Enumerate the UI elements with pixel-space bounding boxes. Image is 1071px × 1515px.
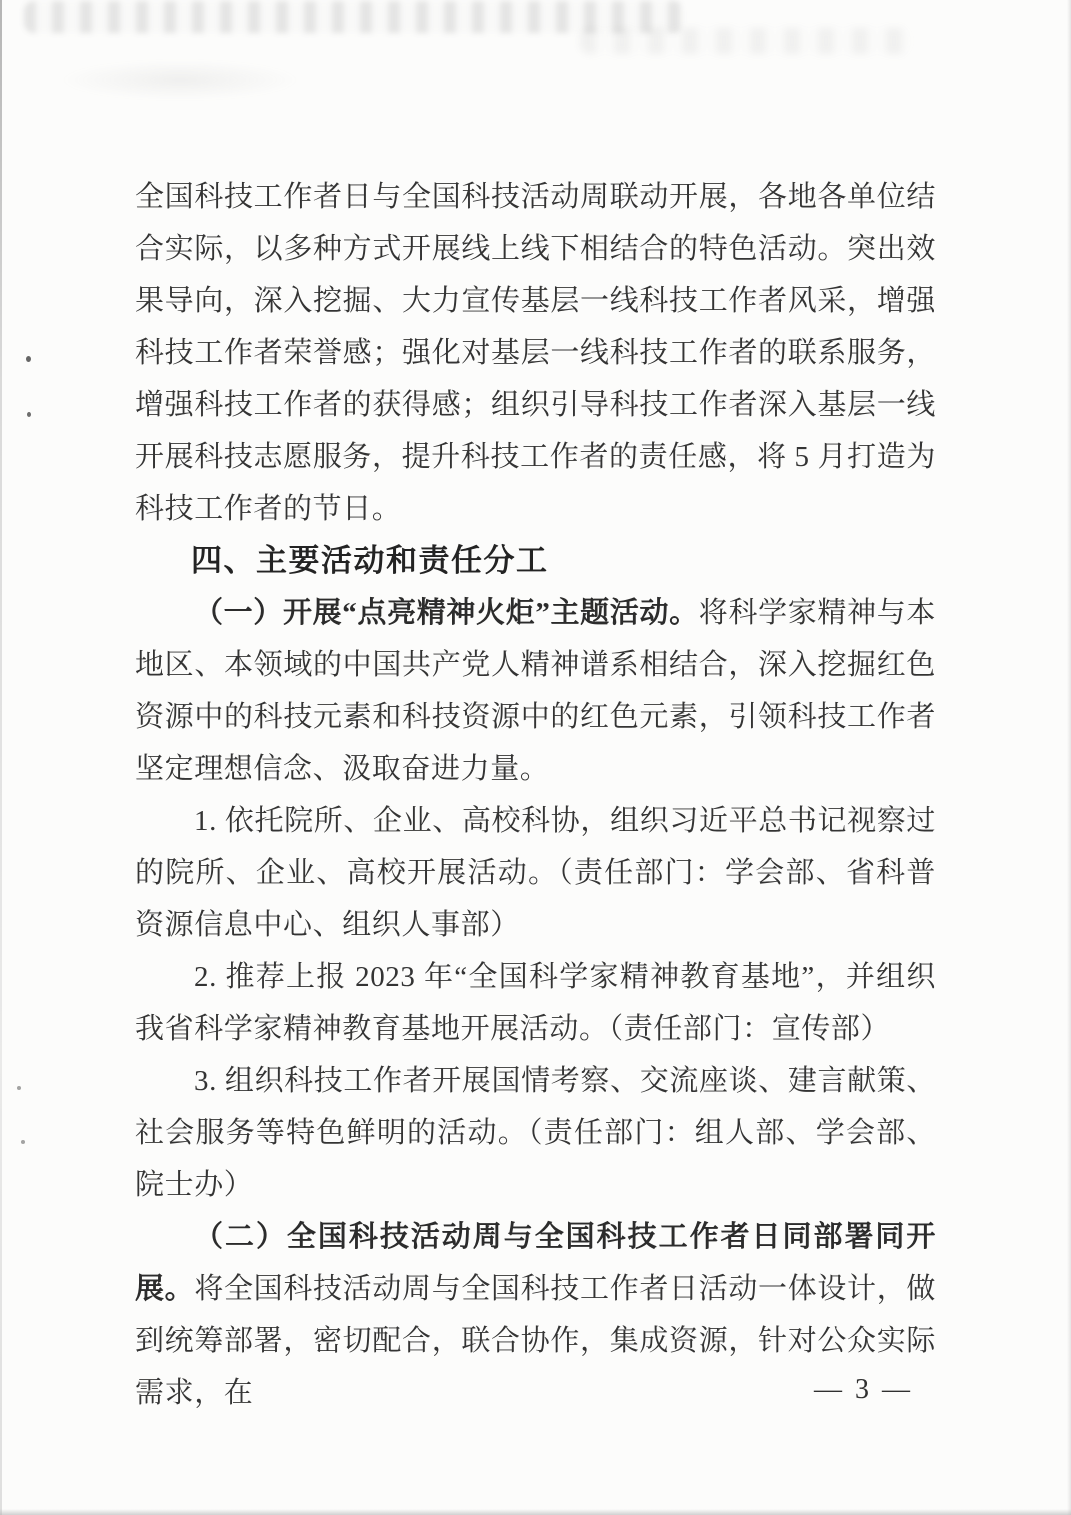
section-heading: 四、主要活动和责任分工 (135, 535, 936, 587)
scan-smudge (580, 28, 910, 54)
scan-speck (21, 1140, 25, 1144)
scan-speck (17, 1086, 21, 1090)
scan-speck (26, 356, 31, 362)
page-bottom-edge (0, 1509, 1071, 1515)
document-page: 全国科技工作者日与全国科技活动周联动开展，各地各单位结合实际，以多种方式开展线上… (0, 0, 1071, 1515)
page-left-edge (0, 0, 2, 1515)
paragraph-item-yi-lead: （一）开展“点亮精神火炬”主题活动。 (194, 597, 699, 629)
scan-speck (27, 412, 31, 417)
page-right-edge (1067, 0, 1071, 1515)
paragraph-continuation: 全国科技工作者日与全国科技活动周联动开展，各地各单位结合实际，以多种方式开展线上… (135, 171, 936, 535)
numbered-item-2: 2. 推荐上报 2023 年“全国科学家精神教育基地”，并组织我省科学家精神教育… (135, 951, 936, 1055)
scan-smudge (60, 60, 300, 100)
page-number: — 3 — (814, 1374, 913, 1406)
numbered-item-3: 3. 组织科技工作者开展国情考察、交流座谈、建言献策、社会服务等特色鲜明的活动。… (135, 1055, 936, 1211)
paragraph-item-yi: （一）开展“点亮精神火炬”主题活动。将科学家精神与本地区、本领域的中国共产党人精… (135, 587, 936, 795)
numbered-item-1: 1. 依托院所、企业、高校科协，组织习近平总书记视察过的院所、企业、高校开展活动… (135, 795, 936, 951)
document-body: 全国科技工作者日与全国科技活动周联动开展，各地各单位结合实际，以多种方式开展线上… (135, 171, 936, 1419)
